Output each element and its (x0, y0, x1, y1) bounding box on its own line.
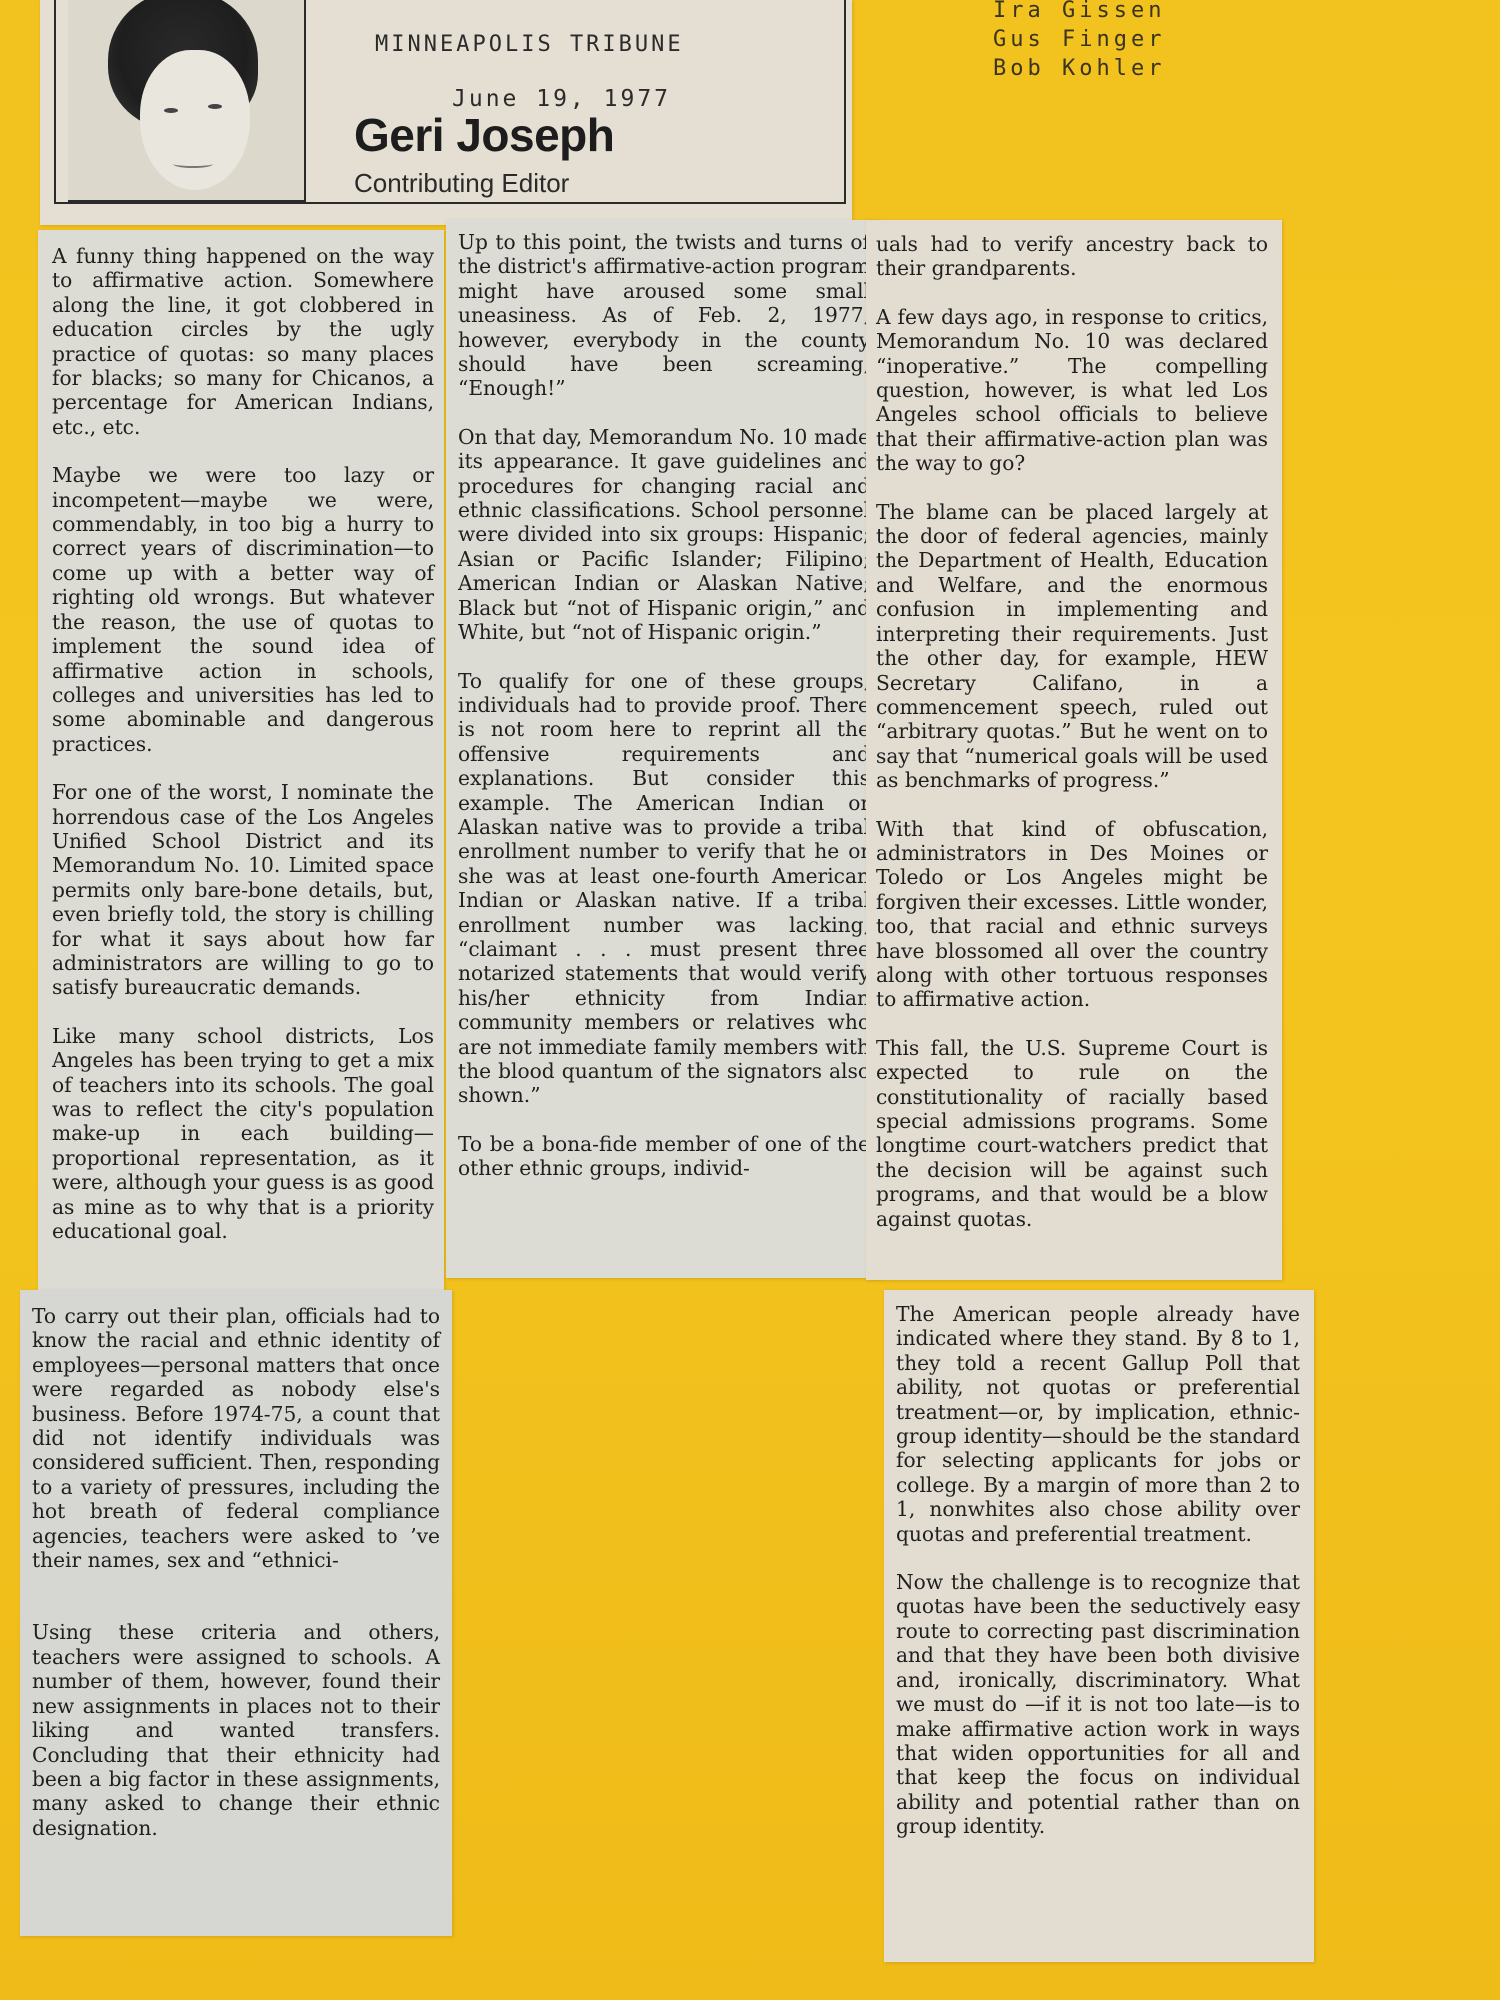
newspaper-name: MINNEAPOLIS TRIBUNE (375, 32, 684, 57)
author-photo (68, 0, 306, 202)
portrait-eye (164, 108, 178, 113)
article-paragraph: Now the challenge is to recognize that q… (896, 1570, 1300, 1838)
routing-name: Ira Gissen (993, 0, 1165, 25)
article-paragraph: To be a bona-fide member of one of the o… (458, 1132, 870, 1181)
article-paragraph: This fall, the U.S. Supreme Court is exp… (876, 1036, 1268, 1231)
article-column: A funny thing happened on the way to aff… (52, 244, 434, 1243)
column-1-top-clipping: A funny thing happened on the way to aff… (38, 230, 444, 1290)
column-3-top-clipping: uals had to verify ancestry back to thei… (866, 220, 1282, 1280)
article-paragraph: To carry out their plan, officials had t… (32, 1304, 440, 1572)
portrait-face (140, 50, 250, 190)
article-column: To carry out their plan, officials had t… (32, 1304, 440, 1840)
author-title: Contributing Editor (354, 168, 569, 199)
article-paragraph: On that day, Memorandum No. 10 made its … (458, 425, 870, 645)
article-paragraph: A funny thing happened on the way to aff… (52, 244, 434, 439)
article-column: Up to this point, the twists and turns o… (458, 230, 870, 1181)
article-paragraph: uals had to verify ancestry back to thei… (876, 232, 1268, 281)
column-2-clipping: Up to this point, the twists and turns o… (446, 220, 882, 1278)
article-paragraph: The blame can be placed largely at the d… (876, 500, 1268, 793)
column-1-bottom-clipping: To carry out their plan, officials had t… (20, 1290, 452, 1936)
article-column: The American people already have indicat… (896, 1302, 1300, 1839)
portrait-eye (208, 104, 222, 109)
article-paragraph: To qualify for one of these groups, indi… (458, 669, 870, 1108)
article-paragraph: The American people already have indicat… (896, 1302, 1300, 1546)
article-paragraph: For one of the worst, I nominate the hor… (52, 780, 434, 1000)
article-paragraph: Like many school districts, Los Angeles … (52, 1024, 434, 1244)
article-paragraph: Maybe we were too lazy or incompetent—ma… (52, 463, 434, 756)
author-name: Geri Joseph (354, 108, 614, 162)
portrait-mouth (173, 160, 213, 168)
article-paragraph: Up to this point, the twists and turns o… (458, 230, 870, 401)
routing-list: Ira Gissen Gus Finger Bob Kohler (993, 0, 1165, 83)
article-paragraph: Using these criteria and others, teacher… (32, 1620, 440, 1840)
routing-name: Bob Kohler (993, 54, 1165, 83)
column-3-bottom-clipping: The American people already have indicat… (884, 1290, 1314, 1962)
column-header-clipping: MINNEAPOLIS TRIBUNE June 19, 1977 Geri J… (40, 0, 852, 225)
article-paragraph: A few days ago, in response to critics, … (876, 305, 1268, 476)
article-paragraph: With that kind of obfuscation, administr… (876, 817, 1268, 1012)
article-column: uals had to verify ancestry back to thei… (876, 232, 1268, 1231)
routing-name: Gus Finger (993, 25, 1165, 54)
